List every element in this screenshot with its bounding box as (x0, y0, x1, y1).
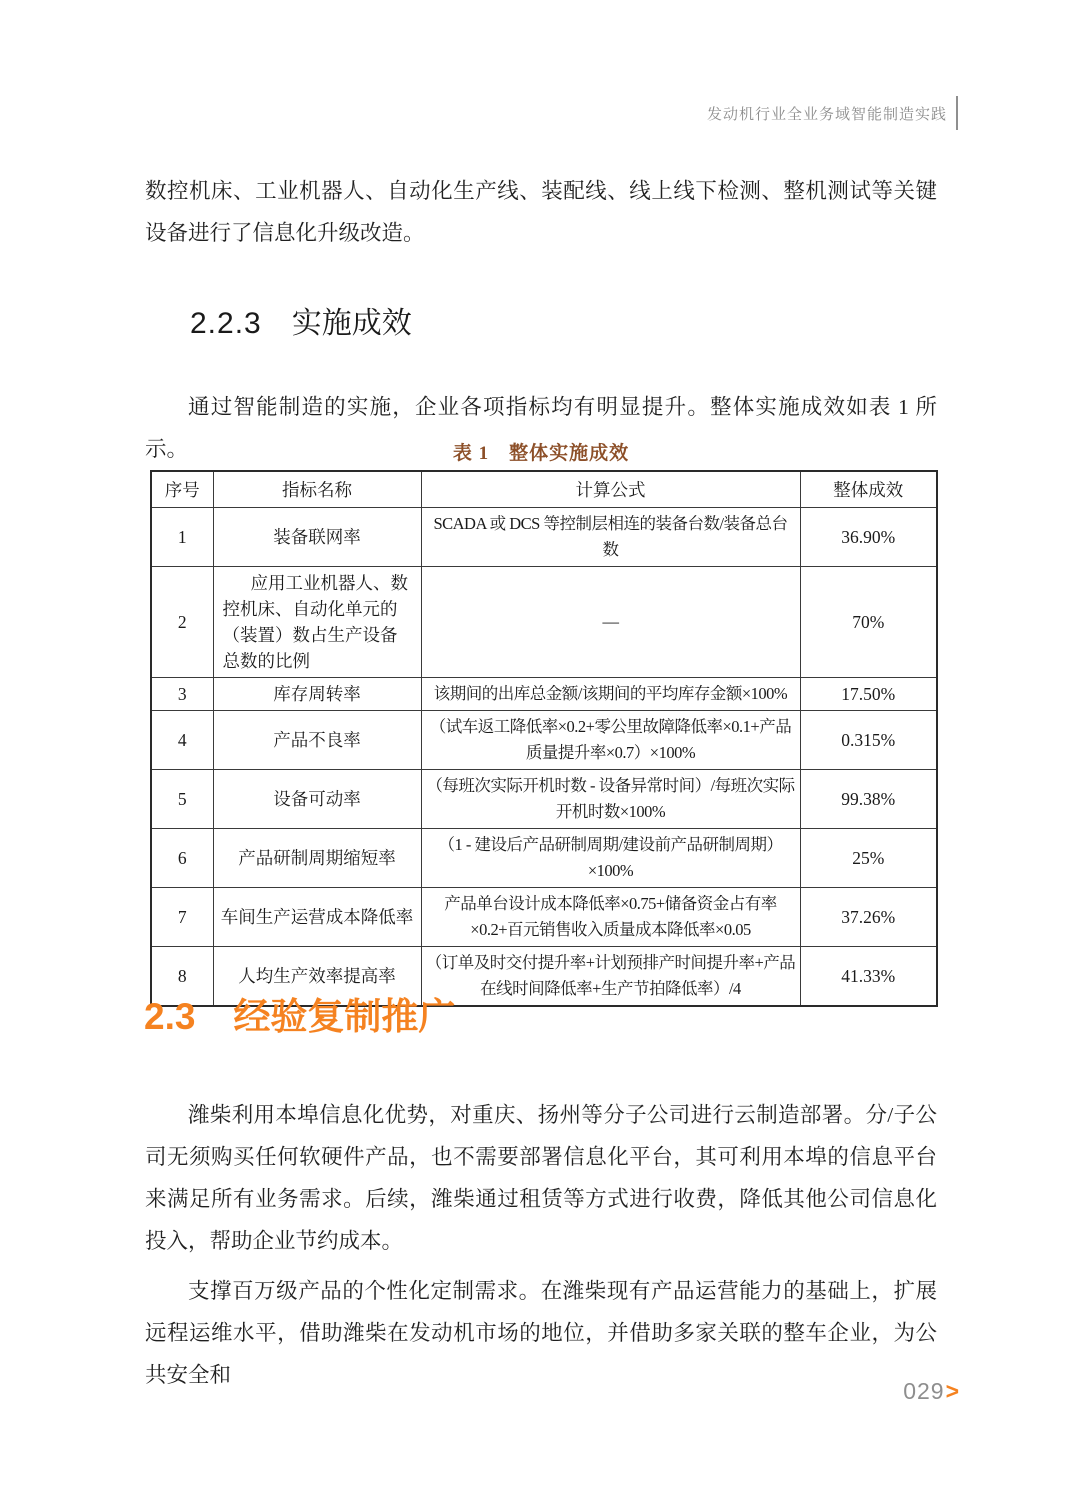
cell-result: 41.33% (800, 947, 937, 1007)
cell-index: 1 (151, 508, 213, 567)
cell-index: 4 (151, 711, 213, 770)
table-row: 3库存周转率该期间的出库总金额/该期间的平均库存金额×100%17.50% (151, 678, 937, 711)
cell-formula: 产品单台设计成本降低率×0.75+储备资金占有率×0.2+百元销售收入质量成本降… (421, 888, 800, 947)
cell-result: 0.315% (800, 711, 937, 770)
cell-result: 17.50% (800, 678, 937, 711)
section-number: 2.3 (144, 996, 195, 1037)
cell-indicator: 产品不良率 (213, 711, 421, 770)
cell-formula: — (421, 567, 800, 678)
table-header-row: 序号指标名称计算公式整体成效 (151, 471, 937, 508)
page-number-value: 029 (903, 1378, 944, 1405)
cell-index: 3 (151, 678, 213, 711)
section-title: 经验复制推广 (233, 996, 455, 1037)
cell-index: 7 (151, 888, 213, 947)
table-header-cell: 整体成效 (800, 471, 937, 508)
document-page: 发动机行业全业务域智能制造实践 数控机床、工业机器人、自动化生产线、装配线、线上… (0, 0, 1080, 1504)
page-number-arrow-icon: > (946, 1378, 960, 1405)
section-number: 2.2.3 (190, 307, 262, 340)
cell-result: 37.26% (800, 888, 937, 947)
cell-index: 6 (151, 829, 213, 888)
results-table: 序号指标名称计算公式整体成效 1装备联网率SCADA 或 DCS 等控制层相连的… (150, 470, 938, 1007)
running-header-rule (956, 96, 958, 130)
cell-formula: （订单及时交付提升率+计划预排产时间提升率+产品在线时间降低率+生产节拍降低率）… (421, 947, 800, 1007)
cell-result: 36.90% (800, 508, 937, 567)
table-row: 1装备联网率SCADA 或 DCS 等控制层相连的装备台数/装备总台数36.90… (151, 508, 937, 567)
cell-indicator: 应用工业机器人、数控机床、自动化单元的（装置）数占生产设备总数的比例 (213, 567, 421, 678)
section-heading-2-3: 2.3经验复制推广 (144, 995, 455, 1039)
table-row: 7车间生产运营成本降低率产品单台设计成本降低率×0.75+储备资金占有率×0.2… (151, 888, 937, 947)
results-table-body: 1装备联网率SCADA 或 DCS 等控制层相连的装备台数/装备总台数36.90… (151, 508, 937, 1007)
cell-formula: 该期间的出库总金额/该期间的平均库存金额×100% (421, 678, 800, 711)
cell-index: 2 (151, 567, 213, 678)
table-row: 4产品不良率（试车返工降低率×0.2+零公里故障降低率×0.1+产品质量提升率×… (151, 711, 937, 770)
section-title: 实施成效 (292, 307, 412, 340)
cell-result: 99.38% (800, 770, 937, 829)
cell-result: 70% (800, 567, 937, 678)
cell-indicator: 产品研制周期缩短率 (213, 829, 421, 888)
paragraph-replicate-2: 支撑百万级产品的个性化定制需求。在潍柴现有产品运营能力的基础上，扩展远程运维水平… (145, 1270, 937, 1396)
table-header-cell: 计算公式 (421, 471, 800, 508)
cell-formula: （1 - 建设后产品研制周期/建设前产品研制周期）×100% (421, 829, 800, 888)
table-caption: 表 1 整体实施成效 (145, 438, 937, 465)
running-header-title: 发动机行业全业务域智能制造实践 (707, 103, 947, 124)
cell-formula: SCADA 或 DCS 等控制层相连的装备台数/装备总台数 (421, 508, 800, 567)
cell-indicator: 装备联网率 (213, 508, 421, 567)
table-header-cell: 序号 (151, 471, 213, 508)
table-row: 6产品研制周期缩短率（1 - 建设后产品研制周期/建设前产品研制周期）×100%… (151, 829, 937, 888)
results-table-head: 序号指标名称计算公式整体成效 (151, 471, 937, 508)
cell-indicator: 库存周转率 (213, 678, 421, 711)
section-heading-2-2-3: 2.2.3实施成效 (190, 304, 412, 344)
paragraph-replicate-1: 潍柴利用本埠信息化优势，对重庆、扬州等分子公司进行云制造部署。分/子公司无须购买… (145, 1094, 937, 1262)
table-row: 2应用工业机器人、数控机床、自动化单元的（装置）数占生产设备总数的比例—70% (151, 567, 937, 678)
running-header: 发动机行业全业务域智能制造实践 (707, 96, 958, 130)
paragraph-intro: 数控机床、工业机器人、自动化生产线、装配线、线上线下检测、整机测试等关键设备进行… (145, 170, 937, 254)
table-row: 5设备可动率（每班次实际开机时数 - 设备异常时间）/每班次实际开机时数×100… (151, 770, 937, 829)
page-number: 029 > (903, 1378, 960, 1405)
cell-index: 5 (151, 770, 213, 829)
cell-formula: （每班次实际开机时数 - 设备异常时间）/每班次实际开机时数×100% (421, 770, 800, 829)
cell-formula: （试车返工降低率×0.2+零公里故障降低率×0.1+产品质量提升率×0.7）×1… (421, 711, 800, 770)
cell-indicator: 车间生产运营成本降低率 (213, 888, 421, 947)
table-header-cell: 指标名称 (213, 471, 421, 508)
cell-indicator: 设备可动率 (213, 770, 421, 829)
cell-result: 25% (800, 829, 937, 888)
